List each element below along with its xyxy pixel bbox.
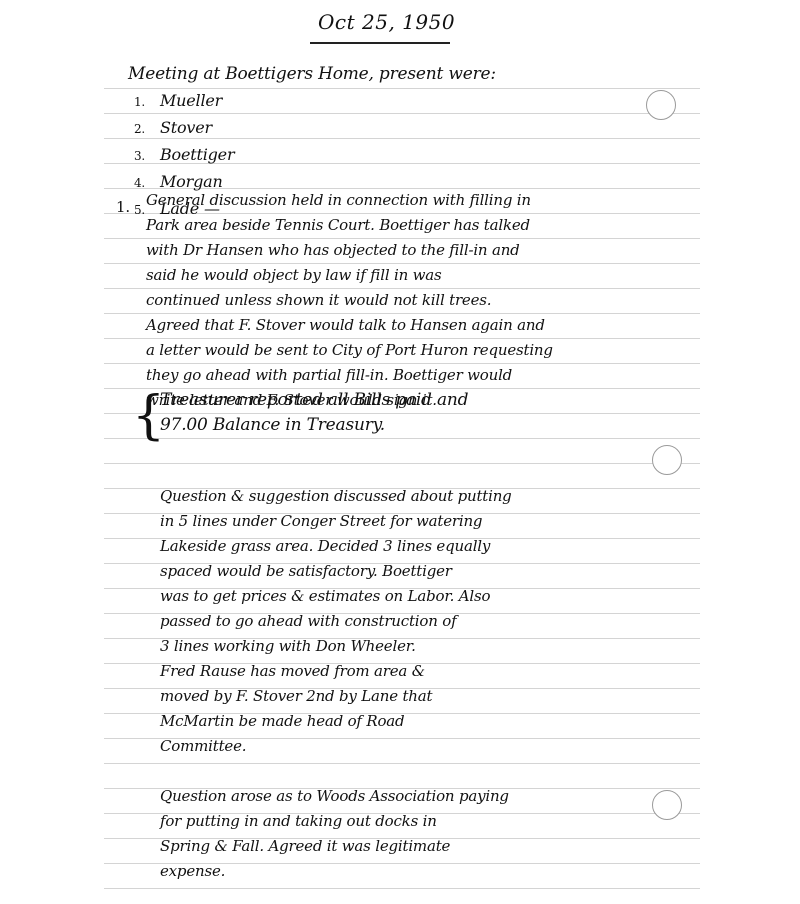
meeting-date: Oct 25, 1950: [318, 10, 455, 34]
hole-punch-bottom: [652, 790, 682, 820]
attendee-item: 1.Mueller: [134, 88, 234, 115]
date-underline: [310, 42, 450, 44]
meeting-heading: Meeting at Boettigers Home, present were…: [128, 62, 496, 87]
paragraph-treasurer-report: Treasurer reported all Bills paid and 97…: [160, 388, 468, 438]
item-number: 1.: [116, 195, 130, 220]
attendee-item: 2.Stover: [134, 115, 234, 142]
paragraph-road-committee: Fred Rause has moved from area & moved b…: [160, 659, 432, 759]
hole-punch-top: [646, 90, 676, 120]
paragraph-fill-discussion: General discussion held in connection wi…: [146, 188, 531, 313]
paragraph-watering-lines: Question & suggestion discussed about pu…: [160, 484, 512, 659]
hole-punch-middle: [652, 445, 682, 475]
attendee-item: 3.Boettiger: [134, 142, 234, 169]
paragraph-docks-expense: Question arose as to Woods Association p…: [160, 784, 509, 884]
